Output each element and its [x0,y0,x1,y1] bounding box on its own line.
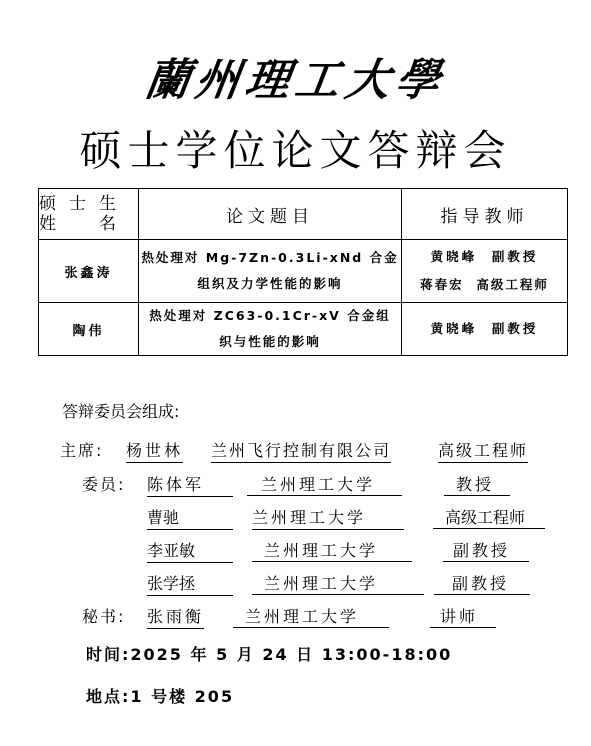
advisor-name: 蒋春宏 高级工程师 [402,271,567,299]
advisor-name: 黄晓峰 副教授 [402,243,567,271]
thesis-title: 热处理对 Mg-7Zn-0.3Li-xNd 合金 组织及力学性能的影响 [139,240,402,303]
advisor-cell: 黄晓峰 副教授 蒋春宏 高级工程师 [402,240,568,303]
member-title: 教授 [444,474,510,496]
member-name: 李亚敏 [147,540,233,563]
header-advisor: 指导教师 [402,189,568,240]
chair-line: 主席: 杨世林 兰州飞行控制有限公司 高级工程师 [0,440,591,462]
member-name: 曹驰 [147,507,233,530]
member-line: 李亚敏 兰州理工大学 副教授 [0,540,591,562]
header-student-name: 硕 士 生 姓 名 [39,189,139,240]
table-header-row: 硕 士 生 姓 名 论文题目 指导教师 [39,189,568,240]
defense-time: 时间:2025 年 5 月 24 日 13:00-18:00 [86,642,452,665]
secretary-label: 秘书: [82,606,125,628]
chair-name: 杨世林 [126,440,183,463]
university-logo: 蘭州理工大學 [0,52,591,110]
page-title: 硕士学位论文答辩会 [0,124,591,178]
chair-title: 高级工程师 [438,440,528,463]
secretary-line: 秘书: 张雨衡 兰州理工大学 讲师 [0,606,591,628]
header-char: 硕 [39,194,61,214]
member-org: 兰州理工大学 [252,540,412,562]
member-org: 兰州理工大学 [252,507,404,530]
header-thesis-title: 论文题目 [139,189,402,240]
thesis-title-line: 热处理对 ZC63-0.1Cr-xV 合金组 [139,303,401,329]
chair-org: 兰州飞行控制有限公司 [211,440,391,463]
student-name: 陶伟 [39,303,139,356]
header-char: 士 [69,194,91,214]
secretary-title: 讲师 [430,606,496,628]
header-char: 姓 [39,214,61,234]
member-title: 高级工程师 [433,507,545,529]
committee-heading: 答辩委员会组成: [62,399,179,422]
members-label: 委员: [82,474,125,496]
thesis-title: 热处理对 ZC63-0.1Cr-xV 合金组 织与性能的影响 [139,303,402,356]
table-row: 陶伟 热处理对 ZC63-0.1Cr-xV 合金组 织与性能的影响 黄晓峰 副教… [39,303,568,356]
header-char: 生 [99,194,121,214]
table-row: 张鑫涛 热处理对 Mg-7Zn-0.3Li-xNd 合金 组织及力学性能的影响 … [39,240,568,303]
member-line: 委员: 陈体军 兰州理工大学 教授 [0,474,591,496]
header-char: 名 [99,214,121,234]
member-name: 陈体军 [147,474,233,497]
thesis-title-line: 组织及力学性能的影响 [139,271,401,297]
defense-roster-table: 硕 士 生 姓 名 论文题目 指导教师 张鑫涛 热处理对 Mg-7Zn-0.3L… [38,188,568,356]
defense-location: 地点:1 号楼 205 [86,684,234,707]
secretary-name: 张雨衡 [147,606,204,629]
thesis-title-line: 织与性能的影响 [139,329,401,355]
student-name: 张鑫涛 [39,240,139,303]
member-title: 副教授 [434,573,530,595]
advisor-cell: 黄晓峰 副教授 [402,303,568,356]
member-name: 张学拯 [147,573,233,596]
member-org: 兰州理工大学 [252,573,424,595]
member-line: 曹驰 兰州理工大学 高级工程师 [0,507,591,529]
member-org: 兰州理工大学 [247,474,402,496]
chair-label: 主席: [60,440,103,462]
thesis-title-line: 热处理对 Mg-7Zn-0.3Li-xNd 合金 [139,245,401,271]
advisor-name: 黄晓峰 副教授 [402,315,567,343]
member-line: 张学拯 兰州理工大学 副教授 [0,573,591,595]
secretary-org: 兰州理工大学 [233,606,389,628]
member-title: 副教授 [443,540,529,562]
